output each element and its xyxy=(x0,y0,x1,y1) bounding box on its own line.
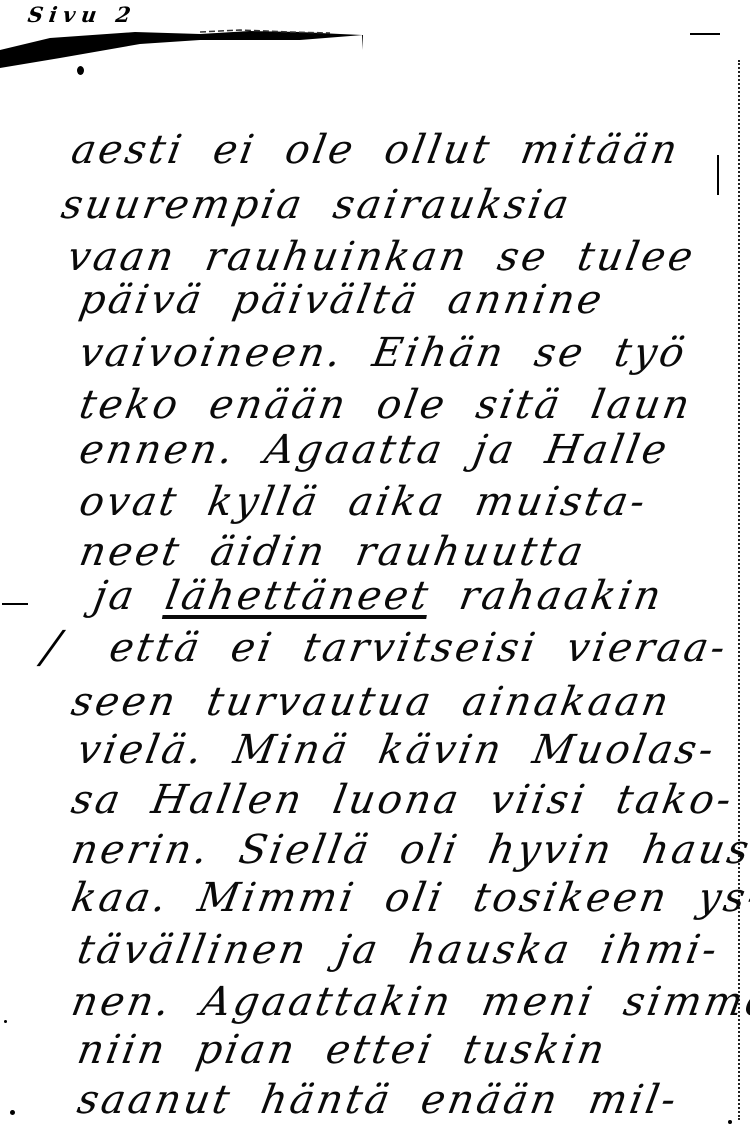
text-line: nerin. Siellä oli hyvin haus- xyxy=(68,830,750,870)
text-line: suurempia sairauksia xyxy=(58,185,574,225)
text-line: aesti ei ole ollut mitään xyxy=(68,130,683,170)
text-fragment: rahaakin xyxy=(426,573,667,619)
text-line: ja lähettäneet rahaakin xyxy=(90,576,666,616)
text-line: vaan rauhuinkan se tulee xyxy=(64,237,698,277)
margin-hook-mark: / xyxy=(39,622,65,673)
text-line: sa Hallen luona viisi tako- xyxy=(68,780,737,820)
text-line: ennen. Agaatta ja Halle xyxy=(76,430,672,470)
text-line: seen turvautua ainakaan xyxy=(68,682,674,722)
text-line: teko enään ole sitä laun xyxy=(76,385,695,425)
letter-page: Sivu 2 / aesti ei ole ollut mitään suure… xyxy=(0,0,750,1133)
text-line: saanut häntä enään mil- xyxy=(74,1080,681,1120)
page-label: Sivu 2 xyxy=(26,2,138,27)
text-line: tävällinen ja hauska ihmi- xyxy=(74,930,722,970)
text-line: että ei tarvitseisi vieraa- xyxy=(106,628,731,668)
text-line: ovat kyllä aika muista- xyxy=(76,482,650,522)
margin-bar-mark xyxy=(717,155,719,195)
text-line: niin pian ettei tuskin xyxy=(74,1030,610,1070)
text-line: päivä päivältä annine xyxy=(76,280,607,320)
text-fragment: ja xyxy=(90,573,170,619)
text-line: vielä. Minä kävin Muolas- xyxy=(74,730,719,770)
text-line: neet äidin rauhuutta xyxy=(76,532,588,572)
left-margin-dash xyxy=(2,603,28,605)
text-line: nen. Agaattakin meni simme xyxy=(68,982,750,1022)
ink-dot xyxy=(77,66,84,75)
text-line: kaa. Mimmi oli tosikeen ys- xyxy=(68,878,750,918)
top-dash-mark xyxy=(690,33,720,35)
speck xyxy=(728,1120,732,1124)
speck xyxy=(4,1020,7,1023)
underlined-word: lähettäneet xyxy=(162,573,434,619)
page-edge-dotted-border xyxy=(738,60,740,1120)
text-line: vaivoineen. Eihän se työ xyxy=(76,333,690,373)
speck xyxy=(10,1110,15,1115)
ink-smear-decoration xyxy=(0,26,375,76)
